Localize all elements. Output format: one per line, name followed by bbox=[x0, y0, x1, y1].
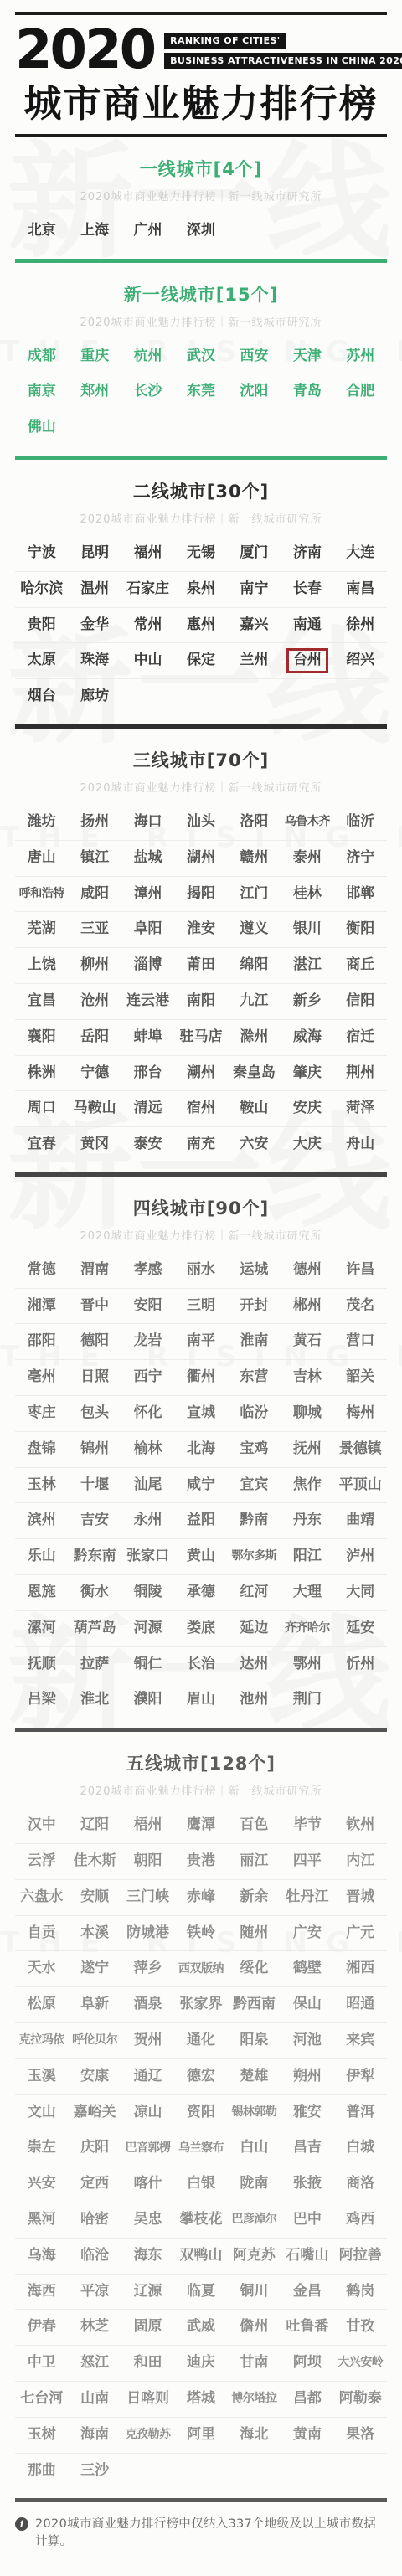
city-label: 铜仁 bbox=[121, 1655, 174, 1675]
city-row: 宜春黄冈泰安南充六安大庆舟山 bbox=[15, 1127, 387, 1162]
city-label: 黄山 bbox=[174, 1547, 227, 1567]
city-label: 合肥 bbox=[334, 382, 387, 402]
city-row: 中卫怒江和田迪庆甘南阿坝大兴安岭 bbox=[15, 2346, 387, 2382]
section-heading: 二线城市[30个] bbox=[15, 478, 387, 503]
city-label: 张家界 bbox=[174, 1995, 227, 2015]
city-row: 唐山镇江盐城湖州赣州泰州济宁 bbox=[15, 841, 387, 877]
city-label: 烟台 bbox=[15, 687, 68, 707]
city-label: 马鞍山 bbox=[68, 1099, 121, 1119]
city-label: 成都 bbox=[15, 347, 68, 367]
city-label: 晋中 bbox=[68, 1296, 121, 1316]
city-label: 白城 bbox=[334, 2138, 387, 2158]
city-label: 安顺 bbox=[68, 1888, 121, 1908]
section-tier2: 二线城市[30个]2020城市商业魅力排行榜｜新一线城市研究所宁波昆明福州无锡厦… bbox=[15, 478, 387, 729]
city-label: 朔州 bbox=[281, 2067, 333, 2087]
city-label: 茂名 bbox=[334, 1296, 387, 1316]
city-label: 宜宾 bbox=[228, 1476, 281, 1496]
city-label: 秦皇岛 bbox=[228, 1064, 281, 1084]
city-label: 黔东南 bbox=[68, 1547, 121, 1567]
city-row: 那曲三沙 bbox=[15, 2454, 387, 2489]
city-label: 巴音郭楞 bbox=[121, 2141, 174, 2157]
city-label: 开封 bbox=[228, 1296, 281, 1316]
city-label: 商洛 bbox=[334, 2174, 387, 2194]
city-label: 怀化 bbox=[121, 1404, 174, 1424]
city-label: 邢台 bbox=[121, 1064, 174, 1084]
city-label: 鹰潭 bbox=[174, 1816, 227, 1836]
city-label: 保山 bbox=[281, 1995, 333, 2015]
city-label: 宿迁 bbox=[334, 1028, 387, 1048]
city-row: 南京郑州长沙东莞沈阳青岛合肥 bbox=[15, 374, 387, 410]
city-row: 成都重庆杭州武汉西安天津苏州 bbox=[15, 339, 387, 375]
city-grid: 北京上海广州深圳 bbox=[15, 214, 387, 249]
city-label: 廊坊 bbox=[68, 687, 121, 707]
city-label: 哈尔滨 bbox=[15, 580, 68, 600]
city-label: 汉中 bbox=[15, 1816, 68, 1836]
city-label: 双鸭山 bbox=[174, 2246, 227, 2266]
city-label: 焦作 bbox=[281, 1476, 333, 1496]
city-label: 临夏 bbox=[174, 2282, 227, 2302]
city-label: 汕头 bbox=[174, 812, 227, 832]
city-label: 池州 bbox=[228, 1690, 281, 1710]
city-label: 郴州 bbox=[281, 1296, 333, 1316]
city-label: 郑州 bbox=[68, 382, 121, 402]
city-label: 迪庆 bbox=[174, 2353, 227, 2373]
city-label: 酒泉 bbox=[121, 1995, 174, 2015]
city-label: 泉州 bbox=[174, 580, 227, 600]
city-label: 漯河 bbox=[15, 1619, 68, 1639]
city-label: 兰州 bbox=[228, 651, 281, 671]
city-row: 上饶柳州淄博莆田绵阳湛江商丘 bbox=[15, 948, 387, 984]
city-label: 宁波 bbox=[15, 544, 68, 564]
city-label: 青岛 bbox=[281, 382, 333, 402]
city-label: 锡林郭勒 bbox=[228, 2105, 281, 2121]
city-label: 佛山 bbox=[15, 418, 68, 438]
city-label: 通化 bbox=[174, 2031, 227, 2051]
info-icon: i bbox=[15, 2517, 28, 2531]
city-label: 曲靖 bbox=[334, 1511, 387, 1531]
city-label: 忻州 bbox=[334, 1655, 387, 1675]
city-label: 无锡 bbox=[174, 544, 227, 564]
city-label: 张家口 bbox=[121, 1547, 174, 1567]
city-label: 衡水 bbox=[68, 1583, 121, 1603]
city-label: 金昌 bbox=[281, 2282, 333, 2302]
city-label: 德阳 bbox=[68, 1332, 121, 1352]
city-label: 武汉 bbox=[174, 347, 227, 367]
city-label: 三亚 bbox=[68, 920, 121, 940]
city-label: 黑河 bbox=[15, 2210, 68, 2230]
city-label: 厦门 bbox=[228, 544, 281, 564]
city-grid: 潍坊扬州海口汕头洛阳乌鲁木齐临沂唐山镇江盐城湖州赣州泰州济宁呼和浩特咸阳漳州揭阳… bbox=[15, 805, 387, 1162]
city-label: 抚顺 bbox=[15, 1655, 68, 1675]
header: 2020 RANKING OF CITIES' BUSINESS ATTRACT… bbox=[15, 12, 387, 137]
city-row: 文山嘉峪关凉山资阳锡林郭勒雅安普洱 bbox=[15, 2095, 387, 2131]
badge-line1: RANKING OF CITIES' bbox=[164, 33, 286, 49]
city-label: 聊城 bbox=[281, 1404, 333, 1424]
city-label: 平顶山 bbox=[334, 1476, 387, 1496]
city-label: 日喀则 bbox=[121, 2389, 174, 2409]
city-row: 克拉玛依呼伦贝尔贺州通化阳泉河池来宾 bbox=[15, 2023, 387, 2059]
city-label: 本溪 bbox=[68, 1924, 121, 1944]
city-label: 牡丹江 bbox=[281, 1888, 333, 1908]
city-label: 承德 bbox=[174, 1583, 227, 1603]
city-label: 宜昌 bbox=[15, 992, 68, 1012]
city-label: 汕尾 bbox=[121, 1476, 174, 1496]
city-label: 六盘水 bbox=[15, 1888, 68, 1908]
city-label: 贵港 bbox=[174, 1852, 227, 1872]
city-row: 吕梁淮北濮阳眉山池州荆门 bbox=[15, 1682, 387, 1718]
city-label: 淮北 bbox=[68, 1690, 121, 1710]
city-label: 福州 bbox=[121, 544, 174, 564]
city-label: 濮阳 bbox=[121, 1690, 174, 1710]
poster: 新一线 THE RISING LAB 新一线 THE RISING LAB 新一… bbox=[0, 0, 402, 2576]
city-label: 眉山 bbox=[174, 1690, 227, 1710]
city-label: 济宁 bbox=[334, 848, 387, 868]
city-label: 红河 bbox=[228, 1583, 281, 1603]
city-label: 平凉 bbox=[68, 2282, 121, 2302]
city-label: 绵阳 bbox=[228, 956, 281, 976]
city-label: 荆门 bbox=[281, 1690, 333, 1710]
city-label: 舟山 bbox=[334, 1135, 387, 1155]
city-row: 常德渭南孝感丽水运城德州许昌 bbox=[15, 1253, 387, 1289]
city-row: 邵阳德阳龙岩南平淮南黄石营口 bbox=[15, 1324, 387, 1360]
section-tier5: 五线城市[128个]2020城市商业魅力排行榜｜新一线城市研究所汉中辽阳梧州鹰潭… bbox=[15, 1750, 387, 2502]
city-label: 楚雄 bbox=[228, 2067, 281, 2087]
city-label: 淮南 bbox=[228, 1332, 281, 1352]
city-label: 海北 bbox=[228, 2425, 281, 2445]
section-heading: 三线城市[70个] bbox=[15, 747, 387, 772]
city-label: 陇南 bbox=[228, 2174, 281, 2194]
city-label: 珠海 bbox=[68, 651, 121, 671]
city-label: 娄底 bbox=[174, 1619, 227, 1639]
city-row: 玉树海南克孜勒苏阿里海北黄南果洛 bbox=[15, 2418, 387, 2454]
city-label: 包头 bbox=[68, 1404, 121, 1424]
city-label: 黄石 bbox=[281, 1332, 333, 1352]
city-label: 桂林 bbox=[281, 884, 333, 904]
city-row: 北京上海广州深圳 bbox=[15, 214, 387, 249]
city-label: 营口 bbox=[334, 1332, 387, 1352]
city-label: 柳州 bbox=[68, 956, 121, 976]
city-label: 惠州 bbox=[174, 616, 227, 636]
city-row: 松原阜新酒泉张家界黔西南保山昭通 bbox=[15, 1987, 387, 2023]
city-label: 杭州 bbox=[121, 347, 174, 367]
city-label: 果洛 bbox=[334, 2425, 387, 2445]
city-label: 河池 bbox=[281, 2031, 333, 2051]
city-label: 乌海 bbox=[15, 2246, 68, 2266]
city-label: 中卫 bbox=[15, 2353, 68, 2373]
city-label: 兴安 bbox=[15, 2174, 68, 2194]
city-label: 巴中 bbox=[281, 2210, 333, 2230]
city-label: 榆林 bbox=[121, 1440, 174, 1460]
city-label: 七台河 bbox=[15, 2389, 68, 2409]
city-label: 泰安 bbox=[121, 1135, 174, 1155]
city-label: 南宁 bbox=[228, 580, 281, 600]
city-label: 清远 bbox=[121, 1099, 174, 1119]
city-row: 云浮佳木斯朝阳贵港丽江四平内江 bbox=[15, 1844, 387, 1880]
city-label: 临汾 bbox=[228, 1404, 281, 1424]
city-label: 淄博 bbox=[121, 956, 174, 976]
city-label: 铁岭 bbox=[174, 1924, 227, 1944]
city-label: 齐齐哈尔 bbox=[281, 1620, 333, 1637]
city-label: 呼伦贝尔 bbox=[68, 2032, 121, 2049]
city-label: 信阳 bbox=[334, 992, 387, 1012]
city-row: 周口马鞍山清远宿州鞍山安庆菏泽 bbox=[15, 1091, 387, 1127]
city-label: 济南 bbox=[281, 544, 333, 564]
city-label: 鄂州 bbox=[281, 1655, 333, 1675]
city-label: 四平 bbox=[281, 1852, 333, 1872]
section-heading: 新一线城市[15个] bbox=[15, 281, 387, 307]
city-label: 肇庆 bbox=[281, 1064, 333, 1084]
city-label: 潍坊 bbox=[15, 812, 68, 832]
city-label: 博尔塔拉 bbox=[228, 2391, 281, 2408]
city-label: 安阳 bbox=[121, 1296, 174, 1316]
city-label: 怒江 bbox=[68, 2353, 121, 2373]
city-label: 枣庄 bbox=[15, 1404, 68, 1424]
city-label: 江门 bbox=[228, 884, 281, 904]
city-label: 防城港 bbox=[121, 1924, 174, 1944]
city-row: 玉溪安康通辽德宏楚雄朔州伊犁 bbox=[15, 2059, 387, 2095]
city-label: 莆田 bbox=[174, 956, 227, 976]
city-label: 崇左 bbox=[15, 2138, 68, 2158]
city-label: 盘锦 bbox=[15, 1440, 68, 1460]
city-label: 玉林 bbox=[15, 1476, 68, 1496]
city-label: 驻马店 bbox=[174, 1028, 227, 1048]
city-label: 大兴安岭 bbox=[334, 2355, 387, 2372]
city-label: 石家庄 bbox=[121, 580, 174, 600]
city-label: 吉安 bbox=[68, 1511, 121, 1531]
city-label: 十堰 bbox=[68, 1476, 121, 1496]
city-label: 温州 bbox=[68, 580, 121, 600]
header-bottom-rule bbox=[15, 134, 387, 137]
header-top-rule bbox=[15, 12, 387, 15]
city-row: 太原珠海中山保定兰州台州绍兴 bbox=[15, 643, 387, 679]
city-label: 威海 bbox=[281, 1028, 333, 1048]
city-label: 石嘴山 bbox=[281, 2246, 333, 2266]
city-label: 攀枝花 bbox=[174, 2210, 227, 2230]
city-label: 大同 bbox=[334, 1583, 387, 1603]
city-label: 张掖 bbox=[281, 2174, 333, 2194]
city-label: 北海 bbox=[174, 1440, 227, 1460]
city-label: 中山 bbox=[121, 651, 174, 671]
city-grid: 汉中辽阳梧州鹰潭百色毕节钦州云浮佳木斯朝阳贵港丽江四平内江六盘水安顺三门峡赤峰新… bbox=[15, 1808, 387, 2488]
city-label: 绥化 bbox=[228, 1959, 281, 1979]
city-row: 崇左庆阳巴音郭楞乌兰察布白山昌吉白城 bbox=[15, 2130, 387, 2166]
city-row: 汉中辽阳梧州鹰潭百色毕节钦州 bbox=[15, 1808, 387, 1844]
city-label: 天水 bbox=[15, 1959, 68, 1979]
city-label: 阳泉 bbox=[228, 2031, 281, 2051]
city-label: 乌兰察布 bbox=[174, 2141, 227, 2157]
city-label: 荆州 bbox=[334, 1064, 387, 1084]
city-label: 宜春 bbox=[15, 1135, 68, 1155]
badge-group: RANKING OF CITIES' BUSINESS ATTRACTIVENE… bbox=[164, 33, 402, 69]
city-row: 潍坊扬州海口汕头洛阳乌鲁木齐临沂 bbox=[15, 805, 387, 841]
city-label: 赣州 bbox=[228, 848, 281, 868]
city-label: 黄南 bbox=[281, 2425, 333, 2445]
city-row: 乐山黔东南张家口黄山鄂尔多斯阳江泸州 bbox=[15, 1539, 387, 1575]
city-row: 天水遂宁萍乡西双版纳绥化鹤壁湘西 bbox=[15, 1951, 387, 1987]
city-label: 阳江 bbox=[281, 1547, 333, 1567]
city-label: 邵阳 bbox=[15, 1332, 68, 1352]
city-label: 拉萨 bbox=[68, 1655, 121, 1675]
city-label: 鸡西 bbox=[334, 2210, 387, 2230]
city-label: 松原 bbox=[15, 1995, 68, 2015]
city-label: 贵阳 bbox=[15, 616, 68, 636]
section-heading: 四线城市[90个] bbox=[15, 1195, 387, 1220]
city-label: 九江 bbox=[228, 992, 281, 1012]
city-label: 塔城 bbox=[174, 2389, 227, 2409]
city-label: 吐鲁番 bbox=[281, 2317, 333, 2337]
city-label: 白银 bbox=[174, 2174, 227, 2194]
city-label: 玉溪 bbox=[15, 2067, 68, 2087]
city-label: 日照 bbox=[68, 1368, 121, 1388]
city-label: 南昌 bbox=[334, 580, 387, 600]
city-label: 景德镇 bbox=[334, 1440, 387, 1460]
section-divider bbox=[15, 724, 387, 729]
city-row: 七台河山南日喀则塔城博尔塔拉昌都阿勒泰 bbox=[15, 2382, 387, 2418]
city-label: 铜川 bbox=[228, 2282, 281, 2302]
city-label: 钦州 bbox=[334, 1816, 387, 1836]
city-row: 海西平凉辽源临夏铜川金昌鹤岗 bbox=[15, 2275, 387, 2311]
city-label: 赤峰 bbox=[174, 1888, 227, 1908]
city-label: 上饶 bbox=[15, 956, 68, 976]
city-label: 自贡 bbox=[15, 1924, 68, 1944]
section-subtitle: 2020城市商业魅力排行榜｜新一线城市研究所 bbox=[15, 510, 387, 526]
city-label: 滁州 bbox=[228, 1028, 281, 1048]
city-label: 重庆 bbox=[68, 347, 121, 367]
city-row: 宁波昆明福州无锡厦门济南大连 bbox=[15, 536, 387, 572]
city-label: 连云港 bbox=[121, 992, 174, 1012]
city-label: 湖州 bbox=[174, 848, 227, 868]
city-label: 沧州 bbox=[68, 992, 121, 1012]
section-subtitle: 2020城市商业魅力排行榜｜新一线城市研究所 bbox=[15, 1227, 387, 1243]
section-heading: 一线城市[4个] bbox=[15, 156, 387, 181]
city-label: 新余 bbox=[228, 1888, 281, 1908]
city-label: 丹东 bbox=[281, 1511, 333, 1531]
city-label: 嘉峪关 bbox=[68, 2103, 121, 2123]
city-label: 南京 bbox=[15, 382, 68, 402]
city-label: 阿里 bbox=[174, 2425, 227, 2445]
city-label: 丽江 bbox=[228, 1852, 281, 1872]
city-label: 长沙 bbox=[121, 382, 174, 402]
city-label: 阿克苏 bbox=[228, 2246, 281, 2266]
city-row: 兴安定西喀什白银陇南张掖商洛 bbox=[15, 2166, 387, 2202]
city-label: 益阳 bbox=[174, 1511, 227, 1531]
city-label: 恩施 bbox=[15, 1583, 68, 1603]
city-label: 云浮 bbox=[15, 1852, 68, 1872]
city-label: 三沙 bbox=[68, 2461, 121, 2481]
city-label: 滨州 bbox=[15, 1511, 68, 1531]
city-label: 资阳 bbox=[174, 2103, 227, 2123]
city-label: 西双版纳 bbox=[174, 1961, 227, 1978]
section-divider bbox=[15, 259, 387, 263]
city-label: 湘西 bbox=[334, 1959, 387, 1979]
city-grid: 宁波昆明福州无锡厦门济南大连哈尔滨温州石家庄泉州南宁长春南昌贵阳金华常州惠州嘉兴… bbox=[15, 536, 387, 714]
badge-line2: BUSINESS ATTRACTIVENESS IN CHINA 2020 bbox=[164, 53, 402, 69]
section-subtitle: 2020城市商业魅力排行榜｜新一线城市研究所 bbox=[15, 779, 387, 795]
city-label: 咸阳 bbox=[68, 884, 121, 904]
city-label: 鹤壁 bbox=[281, 1959, 333, 1979]
city-label: 永州 bbox=[121, 1511, 174, 1531]
city-label: 大庆 bbox=[281, 1135, 333, 1155]
city-label: 黄冈 bbox=[68, 1135, 121, 1155]
city-label: 宣城 bbox=[174, 1404, 227, 1424]
city-label: 庆阳 bbox=[68, 2138, 121, 2158]
city-label: 山南 bbox=[68, 2389, 121, 2409]
city-row: 株洲宁德邢台潮州秦皇岛肇庆荆州 bbox=[15, 1056, 387, 1092]
city-label: 梅州 bbox=[334, 1404, 387, 1424]
city-label: 阜阳 bbox=[121, 920, 174, 940]
city-label: 苏州 bbox=[334, 347, 387, 367]
city-label: 鹤岗 bbox=[334, 2282, 387, 2302]
city-label: 衡阳 bbox=[334, 920, 387, 940]
city-label: 葫芦岛 bbox=[68, 1619, 121, 1639]
city-label: 株洲 bbox=[15, 1064, 68, 1084]
city-label: 咸宁 bbox=[174, 1476, 227, 1496]
city-label: 芜湖 bbox=[15, 920, 68, 940]
city-label: 龙岩 bbox=[121, 1332, 174, 1352]
city-label: 晋城 bbox=[334, 1888, 387, 1908]
city-row: 盘锦锦州榆林北海宝鸡抚州景德镇 bbox=[15, 1432, 387, 1468]
city-row: 亳州日照西宁衢州东营吉林韶关 bbox=[15, 1360, 387, 1396]
city-label: 周口 bbox=[15, 1099, 68, 1119]
city-label: 长春 bbox=[281, 580, 333, 600]
city-label: 广州 bbox=[121, 221, 174, 241]
city-label: 沈阳 bbox=[228, 382, 281, 402]
city-label: 达州 bbox=[228, 1655, 281, 1675]
city-label: 西安 bbox=[228, 347, 281, 367]
city-label: 衢州 bbox=[174, 1368, 227, 1388]
city-label: 萍乡 bbox=[121, 1959, 174, 1979]
city-label: 吕梁 bbox=[15, 1690, 68, 1710]
city-label: 台州 bbox=[281, 651, 333, 671]
city-row: 枣庄包头怀化宣城临汾聊城梅州 bbox=[15, 1396, 387, 1432]
city-label: 通辽 bbox=[121, 2067, 174, 2087]
city-label: 克孜勒苏 bbox=[121, 2427, 174, 2444]
city-row: 抚顺拉萨铜仁长治达州鄂州忻州 bbox=[15, 1647, 387, 1683]
city-label: 武威 bbox=[174, 2317, 227, 2337]
city-label: 抚州 bbox=[281, 1440, 333, 1460]
city-label: 伊春 bbox=[15, 2317, 68, 2337]
year-label: 2020 bbox=[15, 23, 154, 77]
city-label: 延边 bbox=[228, 1619, 281, 1639]
city-label: 三门峡 bbox=[121, 1888, 174, 1908]
section-tier3: 三线城市[70个]2020城市商业魅力排行榜｜新一线城市研究所潍坊扬州海口汕头洛… bbox=[15, 747, 387, 1177]
city-label: 大连 bbox=[334, 544, 387, 564]
city-label: 甘南 bbox=[228, 2353, 281, 2373]
city-label: 南阳 bbox=[174, 992, 227, 1012]
city-label: 玉树 bbox=[15, 2425, 68, 2445]
city-label: 商丘 bbox=[334, 956, 387, 976]
sections: 一线城市[4个]2020城市商业魅力排行榜｜新一线城市研究所北京上海广州深圳新一… bbox=[15, 156, 387, 2503]
city-row: 自贡本溪防城港铁岭随州广安广元 bbox=[15, 1916, 387, 1952]
city-label: 洛阳 bbox=[228, 812, 281, 832]
city-label: 辽阳 bbox=[68, 1816, 121, 1836]
city-label: 昌吉 bbox=[281, 2138, 333, 2158]
city-row: 伊春林芝固原武威儋州吐鲁番甘孜 bbox=[15, 2310, 387, 2346]
city-label: 深圳 bbox=[174, 221, 227, 241]
city-label: 林芝 bbox=[68, 2317, 121, 2337]
city-row: 宜昌沧州连云港南阳九江新乡信阳 bbox=[15, 984, 387, 1020]
city-label: 湘潭 bbox=[15, 1296, 68, 1316]
city-label: 海西 bbox=[15, 2282, 68, 2302]
city-label: 揭阳 bbox=[174, 884, 227, 904]
city-label: 鞍山 bbox=[228, 1099, 281, 1119]
city-label: 文山 bbox=[15, 2103, 68, 2123]
city-grid: 成都重庆杭州武汉西安天津苏州南京郑州长沙东莞沈阳青岛合肥佛山 bbox=[15, 339, 387, 446]
city-label: 德宏 bbox=[174, 2067, 227, 2087]
city-label: 漳州 bbox=[121, 884, 174, 904]
city-label: 阜新 bbox=[68, 1995, 121, 2015]
city-label: 岳阳 bbox=[68, 1028, 121, 1048]
